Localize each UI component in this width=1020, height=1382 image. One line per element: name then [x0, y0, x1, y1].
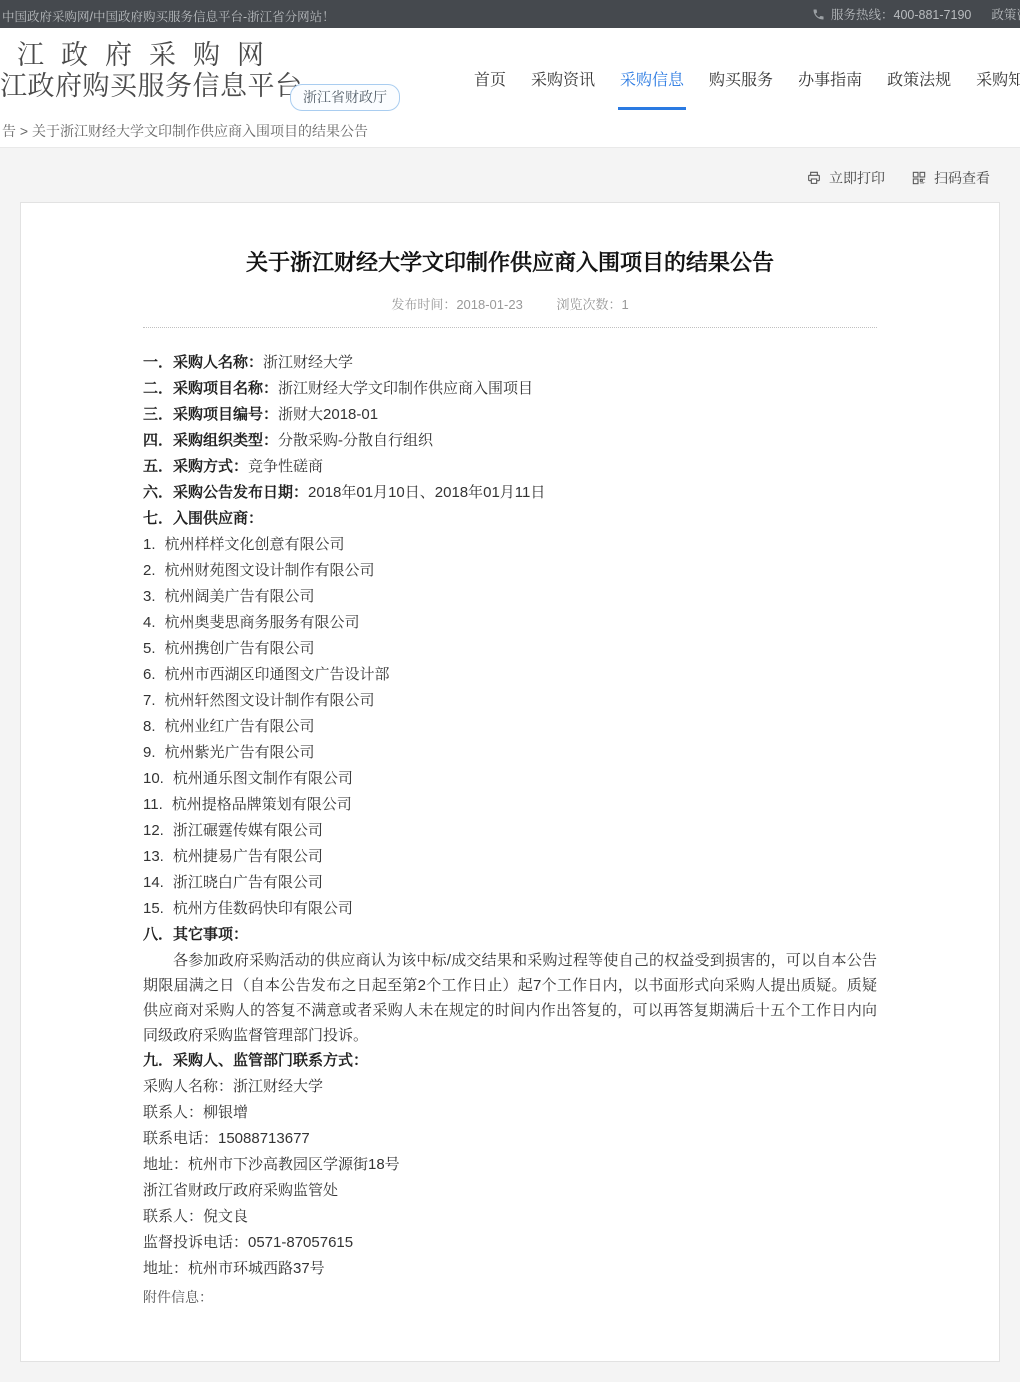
supplier-item: 11.杭州提格品牌策划有限公司 — [143, 792, 877, 818]
printer-icon — [806, 170, 822, 186]
nav-procurement-news[interactable]: 采购资讯 — [529, 70, 597, 110]
supplier-item: 9.杭州紫光广告有限公司 — [143, 740, 877, 766]
supplier-item: 1.杭州样样文化创意有限公司 — [143, 532, 877, 558]
field-project-number: 三．采购项目编号：浙财大2018-01 — [143, 402, 877, 428]
supplier-item: 6.杭州市西湖区印通图文广告设计部 — [143, 662, 877, 688]
org-badge: 浙江省财政厅 — [290, 84, 400, 111]
supplier-item: 5.杭州携创广告有限公司 — [143, 636, 877, 662]
view-count: 浏览次数：1 — [556, 297, 628, 312]
supplier-item: 3.杭州阔美广告有限公司 — [143, 584, 877, 610]
contact-line: 联系人：倪文良 — [143, 1204, 877, 1230]
nav-policies[interactable]: 政策法规 — [885, 70, 953, 110]
contact-line: 地址：杭州市下沙高教园区学源街18号 — [143, 1152, 877, 1178]
field-project-name: 二．采购项目名称：浙江财经大学文印制作供应商入围项目 — [143, 376, 877, 402]
site-logo[interactable]: 江政府采购网 江政府购买服务信息平台 — [0, 40, 303, 102]
service-hotline: 服务热线：400-881-7190 — [812, 5, 971, 23]
field-announcement-dates: 六．采购公告发布日期：2018年01月10日、2018年01月11日 — [143, 480, 877, 506]
supplier-item: 12.浙江碾霆传媒有限公司 — [143, 818, 877, 844]
topbar-links: 服务热线：400-881-7190 政策咨询 — [812, 0, 1020, 28]
supplier-item: 10.杭州通乐图文制作有限公司 — [143, 766, 877, 792]
article-body: 一．采购人名称：浙江财经大学 二．采购项目名称：浙江财经大学文印制作供应商入围项… — [143, 350, 877, 1350]
field-buyer-name: 一．采购人名称：浙江财经大学 — [143, 350, 877, 376]
divider — [143, 327, 877, 328]
scan-qr-button[interactable]: 扫码查看 — [911, 168, 990, 188]
logo-title: 江政府采购网 — [17, 40, 303, 71]
article-actions: 立即打印 扫码查看 — [806, 168, 990, 188]
contact-line: 采购人名称：浙江财经大学 — [143, 1074, 877, 1100]
contact-line: 地址：杭州市环城西路37号 — [143, 1256, 877, 1282]
supplier-item: 7.杭州轩然图文设计制作有限公司 — [143, 688, 877, 714]
contact-line: 联系人：柳银增 — [143, 1100, 877, 1126]
supplier-item: 8.杭州业红广告有限公司 — [143, 714, 877, 740]
hotline-label: 服务热线：400-881-7190 — [831, 5, 971, 23]
policy-consult-link[interactable]: 政策咨询 — [991, 5, 1020, 23]
contact-line: 浙江省财政厅政府采购监管处 — [143, 1178, 877, 1204]
field-organization-type: 四．采购组织类型：分散采购-分散自行组织 — [143, 428, 877, 454]
scan-label: 扫码查看 — [934, 168, 990, 188]
qr-code-icon — [911, 170, 927, 186]
breadcrumb-text: 告 > 关于浙江财经大学文印制作供应商入围项目的结果公告 — [2, 123, 368, 139]
logo-subtitle: 江政府购买服务信息平台 — [0, 71, 303, 102]
main-nav: 首页 采购资讯 采购信息 购买服务 办事指南 政策法规 采购知识 — [472, 70, 1020, 110]
field-procurement-method: 五．采购方式：竞争性磋商 — [143, 454, 877, 480]
supplier-item: 14.浙江晓白广告有限公司 — [143, 870, 877, 896]
nav-procurement-info[interactable]: 采购信息 — [618, 70, 686, 110]
attachment-label: 附件信息： — [143, 1284, 877, 1310]
suppliers-heading: 七．入围供应商： — [143, 506, 877, 532]
topbar: 中国政府采购网/中国政府购买服务信息平台-浙江省分网站！ 服务热线：400-88… — [0, 0, 1020, 28]
other-matters-heading: 八．其它事项： — [143, 922, 877, 948]
supplier-item: 13.杭州捷易广告有限公司 — [143, 844, 877, 870]
article-meta: 发布时间：2018-01-23 浏览次数：1 — [143, 294, 877, 313]
contact-line: 联系电话：15088713677 — [143, 1126, 877, 1152]
nav-knowledge[interactable]: 采购知识 — [974, 70, 1020, 110]
contacts-heading: 九．采购人、监管部门联系方式： — [143, 1048, 877, 1074]
page-body: 立即打印 扫码查看 关于浙江财经大学文印制作供应商入围项目的结果公告 发布时间：… — [0, 168, 1020, 1362]
print-label: 立即打印 — [829, 168, 885, 188]
nav-purchase-service[interactable]: 购买服务 — [707, 70, 775, 110]
print-button[interactable]: 立即打印 — [806, 168, 885, 188]
breadcrumb[interactable]: 告 > 关于浙江财经大学文印制作供应商入围项目的结果公告 — [0, 115, 1020, 148]
publish-time: 发布时间：2018-01-23 — [391, 297, 523, 312]
announcement-card: 关于浙江财经大学文印制作供应商入围项目的结果公告 发布时间：2018-01-23… — [20, 202, 1000, 1362]
site-header: 江政府采购网 江政府购买服务信息平台 浙江省财政厅 首页 采购资讯 采购信息 购… — [0, 28, 1020, 115]
supplier-item: 15.杭州方佳数码快印有限公司 — [143, 896, 877, 922]
supplier-item: 2.杭州财苑图文设计制作有限公司 — [143, 558, 877, 584]
nav-service-guide[interactable]: 办事指南 — [796, 70, 864, 110]
phone-icon — [812, 8, 825, 21]
site-note: 中国政府采购网/中国政府购买服务信息平台-浙江省分网站！ — [2, 7, 335, 25]
nav-home[interactable]: 首页 — [472, 70, 508, 110]
supplier-item: 4.杭州奥斐思商务服务有限公司 — [143, 610, 877, 636]
other-matters-paragraph: 各参加政府采购活动的供应商认为该中标/成交结果和采购过程等使自己的权益受到损害的… — [143, 948, 877, 1048]
page-title: 关于浙江财经大学文印制作供应商入围项目的结果公告 — [143, 248, 877, 278]
contact-line: 监督投诉电话：0571-87057615 — [143, 1230, 877, 1256]
